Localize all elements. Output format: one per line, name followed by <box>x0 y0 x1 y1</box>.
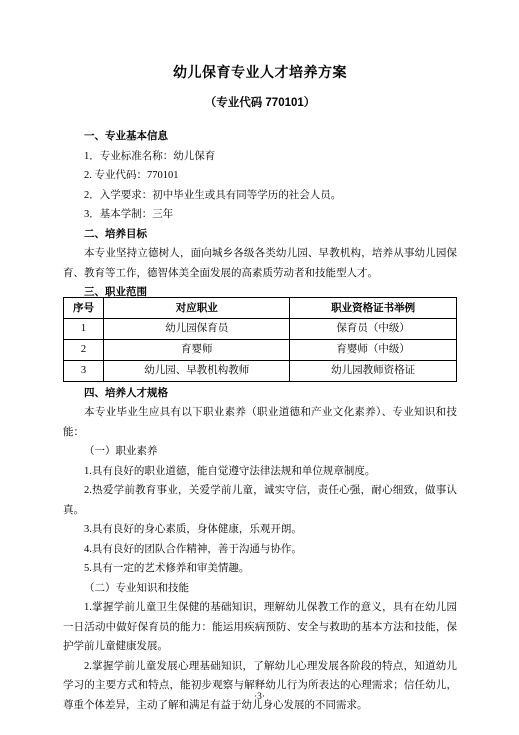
table-row: 2 育婴师 育婴师（中级） <box>64 339 457 360</box>
document-title: 幼儿保育专业人才培养方案 <box>63 62 457 82</box>
table-cell-occupation: 幼儿园保育员 <box>104 318 290 339</box>
occupation-table: 序号 对应职业 职业资格证书举例 1 幼儿园保育员 保育员（中级） 2 育婴师 … <box>63 297 457 382</box>
list-item-major-code: 2. 专业代码：770101 <box>63 166 457 186</box>
quality-item-5: 5.具有一定的艺术修养和审美情趣。 <box>63 559 457 579</box>
table-cell-no: 2 <box>64 339 104 360</box>
table-cell-certificate: 幼儿园教师资格证 <box>290 360 457 381</box>
table-cell-no: 1 <box>64 318 104 339</box>
table-cell-occupation: 育婴师 <box>104 339 290 360</box>
section-heading-training-goal: 二、培养目标 <box>63 225 457 245</box>
table-row: 3 幼儿园、早教机构教师 幼儿园教师资格证 <box>64 360 457 381</box>
table-cell-certificate: 育婴师（中级） <box>290 339 457 360</box>
training-goal-paragraph: 本专业坚持立德树人，面向城乡各级各类幼儿园、早教机构，培养从事幼儿园保育、教育等… <box>63 244 457 283</box>
quality-item-2: 2.热爱学前教育事业，关爱学前儿童，诚实守信，责任心强，耐心细致，做事认真。 <box>63 481 457 520</box>
table-cell-no: 3 <box>64 360 104 381</box>
knowledge-skills-paragraph-1: 1.掌握学前儿童卫生保健的基础知识，理解幼儿保教工作的意义，具有在幼儿园一日活动… <box>63 598 457 657</box>
table-cell-certificate: 保育员（中级） <box>290 318 457 339</box>
section-heading-talent-specification: 四、培养人才规格 <box>63 384 457 404</box>
talent-spec-intro: 本专业毕业生应具有以下职业素养（职业道德和产业文化素养）、专业知识和技能： <box>63 403 457 442</box>
knowledge-skills-paragraph-2: 2.掌握学前儿童发展心理基础知识，了解幼儿心理发展各阶段的特点，知道幼儿学习的主… <box>63 657 457 716</box>
list-item-standard-name: 1．专业标准名称：幼儿保育 <box>63 147 457 167</box>
quality-item-1: 1.具有良好的职业道德，能自觉遵守法律法规和单位规章制度。 <box>63 462 457 482</box>
sub-heading-knowledge-skills: （二）专业知识和技能 <box>63 579 457 599</box>
table-cell-occupation: 幼儿园、早教机构教师 <box>104 360 290 381</box>
quality-item-4: 4.具有良好的团队合作精神，善于沟通与协作。 <box>63 540 457 560</box>
document-page: 幼儿保育专业人才培养方案 （专业代码 770101） 一、专业基本信息 1．专业… <box>0 0 519 735</box>
quality-item-3: 3.具有良好的身心素质，身体健康，乐观开朗。 <box>63 520 457 540</box>
page-number: ·3· <box>0 692 519 702</box>
table-row: 1 幼儿园保育员 保育员（中级） <box>64 318 457 339</box>
section-heading-basic-info: 一、专业基本信息 <box>63 127 457 147</box>
document-subtitle: （专业代码 770101） <box>63 95 457 112</box>
list-item-schooling-length: 3．基本学制：三年 <box>63 205 457 225</box>
sub-heading-professional-quality: （一）职业素养 <box>63 442 457 462</box>
list-item-admission-requirement: 2．入学要求：初中毕业生或具有同等学历的社会人员。 <box>63 186 457 206</box>
table-header-cell-certificate: 职业资格证书举例 <box>290 297 457 318</box>
document-body: 一、专业基本信息 1．专业标准名称：幼儿保育 2. 专业代码：770101 2．… <box>63 127 457 715</box>
